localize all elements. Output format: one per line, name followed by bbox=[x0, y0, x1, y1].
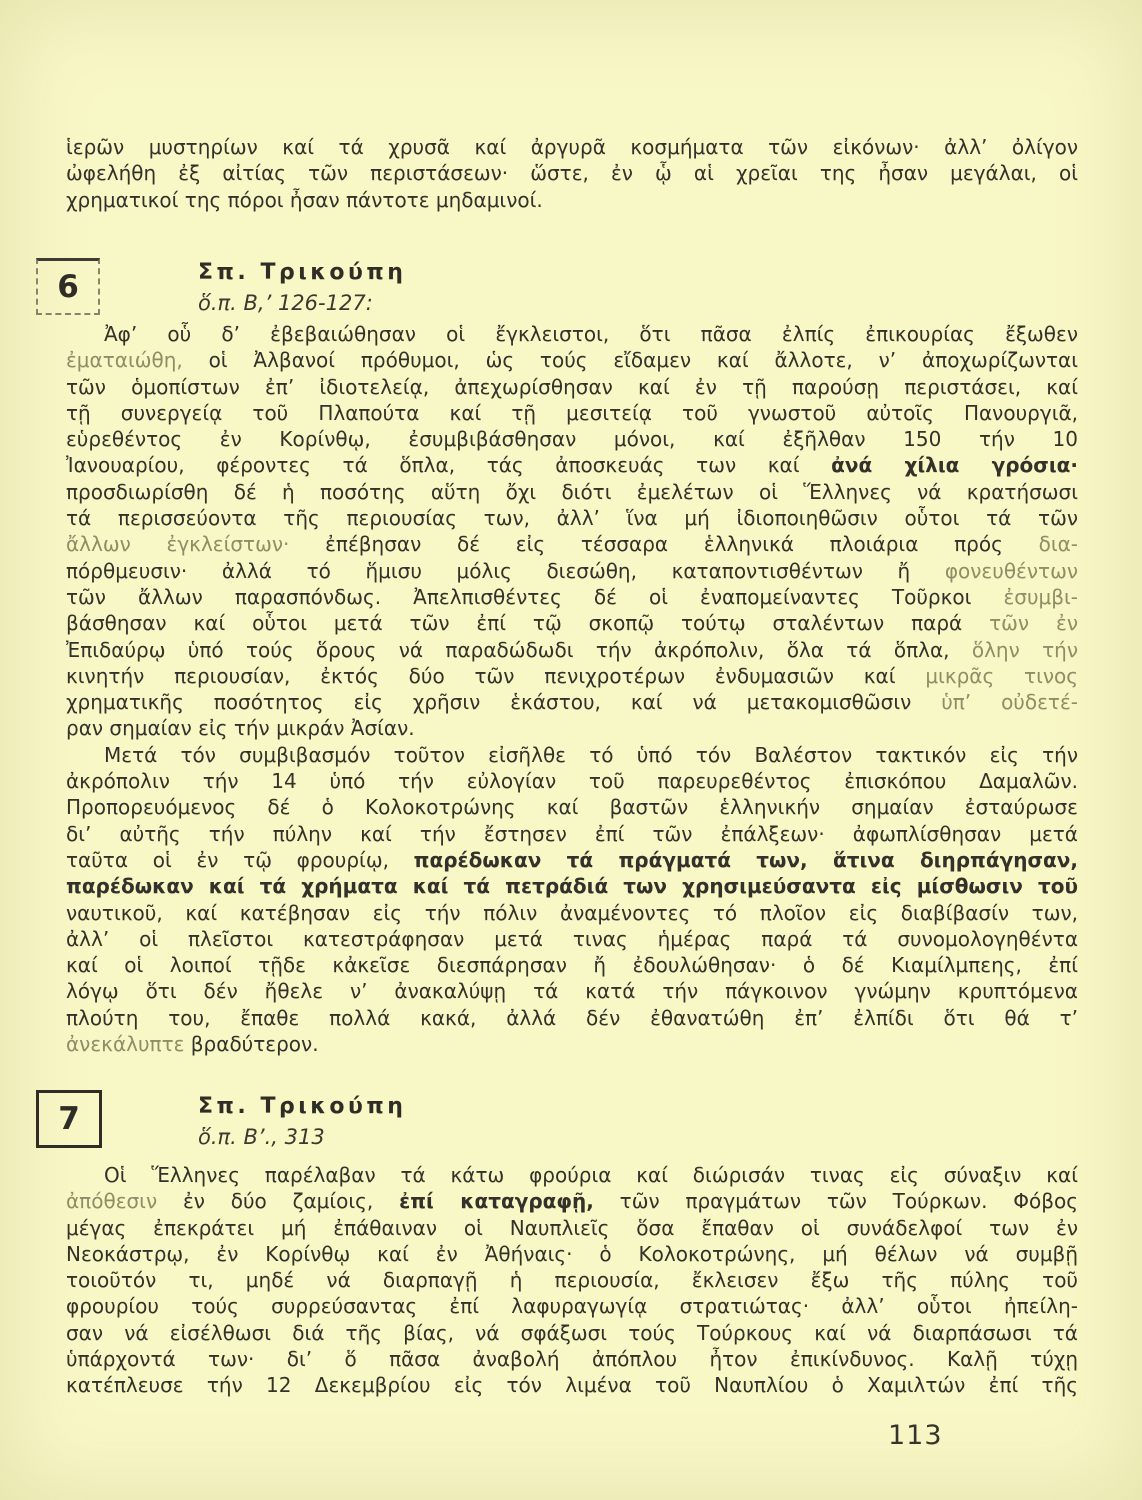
section-6-header: Σπ. Τρικούπη ὅ.π. Β,’ 126-127: bbox=[198, 258, 406, 318]
text-line: ναυτικοῦ, καί κατέβησαν εἰς τήν πόλιν ἀν… bbox=[66, 900, 1078, 926]
section-7-number-box: 7 bbox=[36, 1090, 102, 1148]
text-line: Μετά τόν συμβιβασμόν τοῦτον εἰσῆλθε τό ὑ… bbox=[66, 742, 1078, 768]
text-line: σαν νά εἰσέλθωσι διά τῆς βίας, νά σφάξωσ… bbox=[66, 1320, 1078, 1346]
text-line: πλούτη του, ἔπαθε πολλά κακά, ἀλλά δέν ἐ… bbox=[66, 1005, 1078, 1031]
page-number: 113 bbox=[888, 1420, 943, 1451]
text-line: ἄλλων ἐγκλείστων· ἐπέβησαν δέ εἰς τέσσαρ… bbox=[66, 531, 1078, 557]
text-line: Ἀφ’ οὗ δ’ ἐβεβαιώθησαν οἱ ἔγκλειστοι, ὅτ… bbox=[66, 321, 1078, 347]
text-line: λόγῳ ὅτι δέν ἤθελε ν’ ἀνακαλύψῃ τά κατά … bbox=[66, 978, 1078, 1004]
text-line: τῶν ὁμοπίστων ἐπ’ ἰδιοτελείᾳ, ἀπεχωρίσθη… bbox=[66, 374, 1078, 400]
text-line: παρέδωκαν καί τά χρήματα καί τά πετράδιά… bbox=[66, 873, 1078, 899]
text-line: κατέπλευσε τήν 12 Δεκεμβρίου εἰς τόν λιμ… bbox=[66, 1372, 1078, 1398]
section-6-number-box: 6 bbox=[36, 258, 100, 315]
text-line: φρουρίου τούς συρρεύσαντας ἐπί λαφυραγωγ… bbox=[66, 1293, 1078, 1319]
section-6-number: 6 bbox=[57, 269, 79, 305]
text-line: Προπορευόμενος δέ ὁ Κολοκοτρώνης καί βασ… bbox=[66, 794, 1078, 820]
text-line: Ἐπιδαύρῳ ὑπό τούς ὅρους νά παραδώδωδι τή… bbox=[66, 637, 1078, 663]
text-line: τῇ συνεργείᾳ τοῦ Πλαπούτα καί τῇ μεσιτεί… bbox=[66, 400, 1078, 426]
section-7-paragraphs: Οἱ Ἕλληνες παρέλαβαν τά κάτω φρούρια καί… bbox=[66, 1162, 1078, 1399]
text-line: ὠφελήθη ἐξ αἰτίας τῶν περιστάσεων· ὥστε,… bbox=[66, 160, 1078, 186]
text-line: Ἰανουαρίου, φέροντες τά ὅπλα, τάς ἀποσκε… bbox=[66, 452, 1078, 478]
text-line: Νεοκάστρῳ, ἐν Κορίνθῳ καί ἐν Ἀθήναις· ὁ … bbox=[66, 1241, 1078, 1267]
text-line: τοιοῦτόν τι, μηδέ νά διαρπαγῇ ἡ περιουσί… bbox=[66, 1267, 1078, 1293]
text-line: τῶν ἄλλων παρασπόνδως. Ἀπελπισθέντες δέ … bbox=[66, 584, 1078, 610]
section-7-number: 7 bbox=[58, 1101, 80, 1137]
text-line: Οἱ Ἕλληνες παρέλαβαν τά κάτω φρούρια καί… bbox=[66, 1162, 1078, 1188]
text-line: εὑρεθέντος ἐν Κορίνθῳ, ἐσυμβιβάσθησαν μό… bbox=[66, 426, 1078, 452]
text-line: δι’ αὐτῆς τήν πύλην καί τήν ἔστησεν ἐπί … bbox=[66, 821, 1078, 847]
text-line: τά περισσεύοντα τῆς περιουσίας των, ἀλλ’… bbox=[66, 505, 1078, 531]
text-line: πόρθμευσιν· ἀλλά τό ἥμισυ μόλις διεσώθη,… bbox=[66, 558, 1078, 584]
text-line: ἀνεκάλυπτε βραδύτερον. bbox=[66, 1031, 1078, 1057]
text-line: ἀλλ’ οἱ πλεῖστοι κατεστράφησαν μετά τινα… bbox=[66, 926, 1078, 952]
text-line: ἱερῶν μυστηρίων καί τά χρυσᾶ καί ἀργυρᾶ … bbox=[66, 134, 1078, 160]
text-line: ραν σημαίαν εἰς τήν μικράν Ἀσίαν. bbox=[66, 715, 1078, 741]
text-line: χρηματικοί της πόροι ἦσαν πάντοτε μηδαμι… bbox=[66, 187, 1078, 213]
text-line: μέγας ἐπεκράτει μή ἐπάθαιναν οἱ Ναυπλιεῖ… bbox=[66, 1215, 1078, 1241]
text-line: ταῦτα οἱ ἐν τῷ φρουρίῳ, παρέδωκαν τά πρά… bbox=[66, 847, 1078, 873]
text-line: ἐματαιώθη, οἱ Ἀλβανοί πρόθυμοι, ὡς τούς … bbox=[66, 347, 1078, 373]
section-7-header: Σπ. Τρικούπη ὅ.π. Β’., 313 bbox=[198, 1092, 406, 1152]
intro-paragraph: ἱερῶν μυστηρίων καί τά χρυσᾶ καί ἀργυρᾶ … bbox=[66, 134, 1078, 213]
section-7-citation: ὅ.π. Β’., 313 bbox=[198, 1122, 406, 1152]
text-line: προσδιωρίσθη δέ ἡ ποσότης αὕτη ὄχι διότι… bbox=[66, 479, 1078, 505]
section-7-author: Σπ. Τρικούπη bbox=[198, 1092, 406, 1122]
text-line: ὑπάρχοντά των· δι’ ὅ πᾶσα ἀναβολή ἀπόπλο… bbox=[66, 1346, 1078, 1372]
text-line: χρηματικῆς ποσότητος εἰς χρῆσιν ἑκάστου,… bbox=[66, 689, 1078, 715]
section-6-author: Σπ. Τρικούπη bbox=[198, 258, 406, 288]
text-line: κινητήν περιουσίαν, ἐκτός δύο τῶν πενιχρ… bbox=[66, 663, 1078, 689]
book-page: ἱερῶν μυστηρίων καί τά χρυσᾶ καί ἀργυρᾶ … bbox=[0, 0, 1142, 1500]
section-6-citation: ὅ.π. Β,’ 126-127: bbox=[198, 288, 406, 318]
text-line: βάσθησαν καί οὗτοι μετά τῶν ἐπί τῷ σκοπῷ… bbox=[66, 610, 1078, 636]
text-line: ἀκρόπολιν τήν 14 ὑπό τήν εὐλογίαν τοῦ πα… bbox=[66, 768, 1078, 794]
text-line: καί οἱ λοιποί τῇδε κἀκεῖσε διεσπάρησαν ἤ… bbox=[66, 952, 1078, 978]
section-6-paragraphs: Ἀφ’ οὗ δ’ ἐβεβαιώθησαν οἱ ἔγκλειστοι, ὅτ… bbox=[66, 321, 1078, 1057]
text-line: ἀπόθεσιν ἐν δύο ζαμίοις, ἐπί καταγραφῇ, … bbox=[66, 1188, 1078, 1214]
